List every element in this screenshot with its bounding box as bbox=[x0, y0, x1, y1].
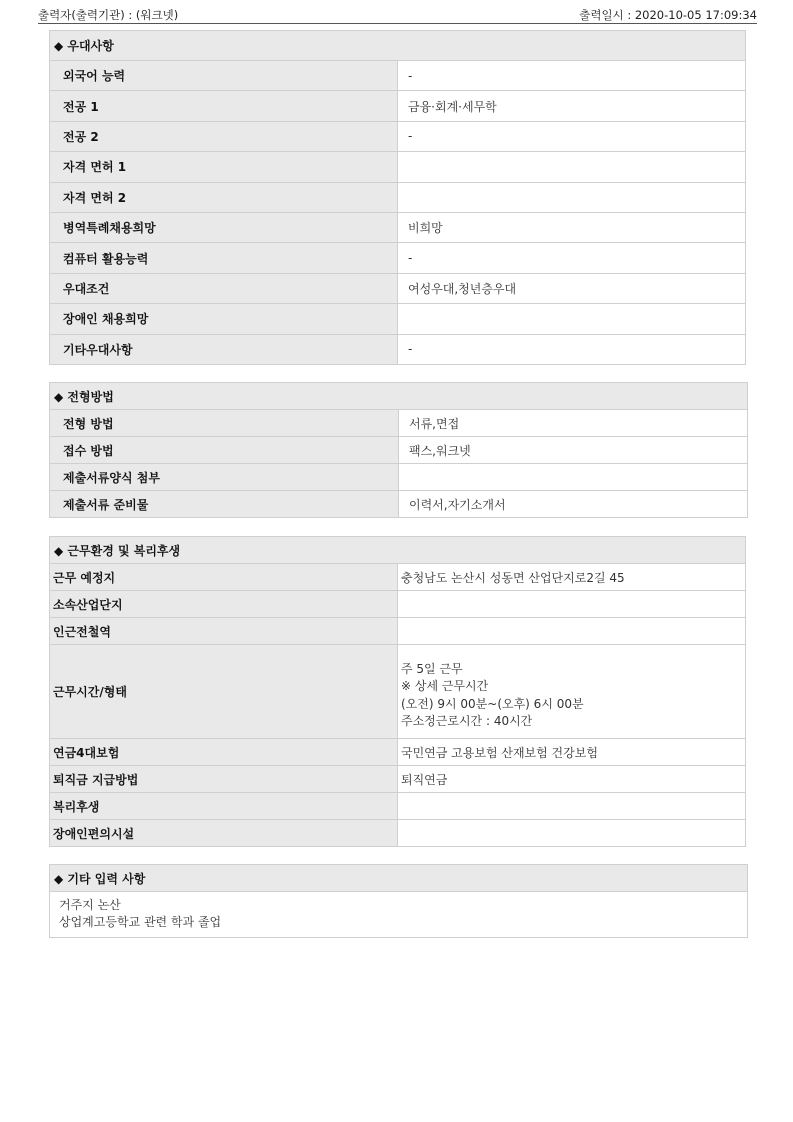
row-value: 주 5일 근무 ※ 상세 근무시간 (오전) 9시 00분~(오후) 6시 00… bbox=[398, 645, 746, 739]
table-row: 전공 2- bbox=[50, 121, 746, 151]
section-title: ◆ 근무환경 및 복리후생 bbox=[50, 537, 746, 564]
table-row: 전형 방법서류,면접 bbox=[50, 410, 748, 437]
row-label: 자격 면허 1 bbox=[50, 152, 398, 182]
row-label: 인근전철역 bbox=[50, 618, 398, 645]
table-row: 자격 면허 1 bbox=[50, 152, 746, 182]
section-title: ◆ 우대사항 bbox=[50, 31, 746, 61]
table-row: 근무 예정지충청남도 논산시 성동면 산업단지로2길 45 bbox=[50, 564, 746, 591]
row-label: 장애인 채용희망 bbox=[50, 304, 398, 334]
table-row: 제출서류 준비물이력서,자기소개서 bbox=[50, 491, 748, 518]
printed-at: 출력일시 : 2020-10-05 17:09:34 bbox=[579, 7, 757, 23]
row-value: 이력서,자기소개서 bbox=[399, 491, 748, 518]
table-row: 자격 면허 2 bbox=[50, 182, 746, 212]
row-value: 팩스,워크넷 bbox=[399, 437, 748, 464]
table-row: 장애인편의시설 bbox=[50, 820, 746, 847]
row-label: 전형 방법 bbox=[50, 410, 399, 437]
table-row: 제출서류양식 첨부 bbox=[50, 464, 748, 491]
table-row: 인근전철역 bbox=[50, 618, 746, 645]
row-value: 금융·회계·세무학 bbox=[398, 91, 746, 121]
table-row: 병역특례채용희망비희망 bbox=[50, 212, 746, 242]
work-hours-line: ※ 상세 근무시간 bbox=[401, 678, 745, 696]
row-value bbox=[398, 304, 746, 334]
row-label: 컴퓨터 활용능력 bbox=[50, 243, 398, 273]
diamond-icon: ◆ bbox=[54, 544, 63, 558]
section-title: ◆ 전형방법 bbox=[50, 383, 748, 410]
row-label: 자격 면허 2 bbox=[50, 182, 398, 212]
row-label: 근무시간/형태 bbox=[50, 645, 398, 739]
row-label: 외국어 능력 bbox=[50, 61, 398, 91]
row-value: 국민연금 고용보험 산재보험 건강보험 bbox=[398, 739, 746, 766]
row-label: 소속산업단지 bbox=[50, 591, 398, 618]
table-row: 컴퓨터 활용능력- bbox=[50, 243, 746, 273]
work-environment-section: ◆ 근무환경 및 복리후생 근무 예정지충청남도 논산시 성동면 산업단지로2길… bbox=[49, 536, 746, 847]
row-value: - bbox=[398, 243, 746, 273]
other-info-body: 거주지 논산 상업계고등학교 관련 학과 졸업 bbox=[50, 892, 748, 938]
row-label: 전공 2 bbox=[50, 121, 398, 151]
row-label: 근무 예정지 bbox=[50, 564, 398, 591]
table-row: 연금4대보험국민연금 고용보험 산재보험 건강보험 bbox=[50, 739, 746, 766]
table-row: 복리후생 bbox=[50, 793, 746, 820]
row-label: 연금4대보험 bbox=[50, 739, 398, 766]
diamond-icon: ◆ bbox=[54, 390, 63, 404]
row-label: 장애인편의시설 bbox=[50, 820, 398, 847]
table-row: 기타우대사항- bbox=[50, 334, 746, 364]
row-label: 우대조건 bbox=[50, 273, 398, 303]
work-hours-line: 주소정근로시간 : 40시간 bbox=[401, 713, 745, 731]
other-info-section: ◆ 기타 입력 사항 거주지 논산 상업계고등학교 관련 학과 졸업 bbox=[49, 864, 748, 938]
print-header: 출력자(출력기관) : (워크넷) 출력일시 : 2020-10-05 17:0… bbox=[38, 6, 757, 24]
row-label: 전공 1 bbox=[50, 91, 398, 121]
row-value: - bbox=[398, 334, 746, 364]
row-value bbox=[398, 820, 746, 847]
row-label: 병역특례채용희망 bbox=[50, 212, 398, 242]
work-hours-line: 주 5일 근무 bbox=[401, 661, 745, 679]
note-line: 상업계고등학교 관련 학과 졸업 bbox=[59, 914, 738, 931]
row-value bbox=[398, 152, 746, 182]
selection-section: ◆ 전형방법 전형 방법서류,면접 접수 방법팩스,워크넷 제출서류양식 첨부 … bbox=[49, 382, 748, 518]
table-row: 접수 방법팩스,워크넷 bbox=[50, 437, 748, 464]
row-value: 비희망 bbox=[398, 212, 746, 242]
row-value: 퇴직연금 bbox=[398, 766, 746, 793]
row-value bbox=[398, 618, 746, 645]
diamond-icon: ◆ bbox=[54, 39, 63, 53]
table-row: 외국어 능력- bbox=[50, 61, 746, 91]
issuer-label: 출력자(출력기관) : (워크넷) bbox=[38, 7, 178, 23]
row-label: 제출서류 준비물 bbox=[50, 491, 399, 518]
table-row: 장애인 채용희망 bbox=[50, 304, 746, 334]
row-value bbox=[398, 793, 746, 820]
section-title: ◆ 기타 입력 사항 bbox=[50, 865, 748, 892]
preferences-section: ◆ 우대사항 외국어 능력- 전공 1금융·회계·세무학 전공 2- 자격 면허… bbox=[49, 30, 746, 365]
row-label: 접수 방법 bbox=[50, 437, 399, 464]
table-row: 우대조건여성우대,청년층우대 bbox=[50, 273, 746, 303]
row-label: 퇴직금 지급방법 bbox=[50, 766, 398, 793]
row-value bbox=[398, 182, 746, 212]
table-row: 소속산업단지 bbox=[50, 591, 746, 618]
row-value bbox=[398, 591, 746, 618]
note-line: 거주지 논산 bbox=[59, 897, 738, 914]
row-value: 여성우대,청년층우대 bbox=[398, 273, 746, 303]
row-label: 기타우대사항 bbox=[50, 334, 398, 364]
row-value bbox=[399, 464, 748, 491]
row-value: 충청남도 논산시 성동면 산업단지로2길 45 bbox=[398, 564, 746, 591]
diamond-icon: ◆ bbox=[54, 872, 63, 886]
row-value: 서류,면접 bbox=[399, 410, 748, 437]
row-value: - bbox=[398, 121, 746, 151]
table-row: 퇴직금 지급방법퇴직연금 bbox=[50, 766, 746, 793]
work-hours-line: (오전) 9시 00분~(오후) 6시 00분 bbox=[401, 696, 745, 714]
table-row: 근무시간/형태 주 5일 근무 ※ 상세 근무시간 (오전) 9시 00분~(오… bbox=[50, 645, 746, 739]
row-value: - bbox=[398, 61, 746, 91]
table-row: 전공 1금융·회계·세무학 bbox=[50, 91, 746, 121]
row-label: 제출서류양식 첨부 bbox=[50, 464, 399, 491]
row-label: 복리후생 bbox=[50, 793, 398, 820]
